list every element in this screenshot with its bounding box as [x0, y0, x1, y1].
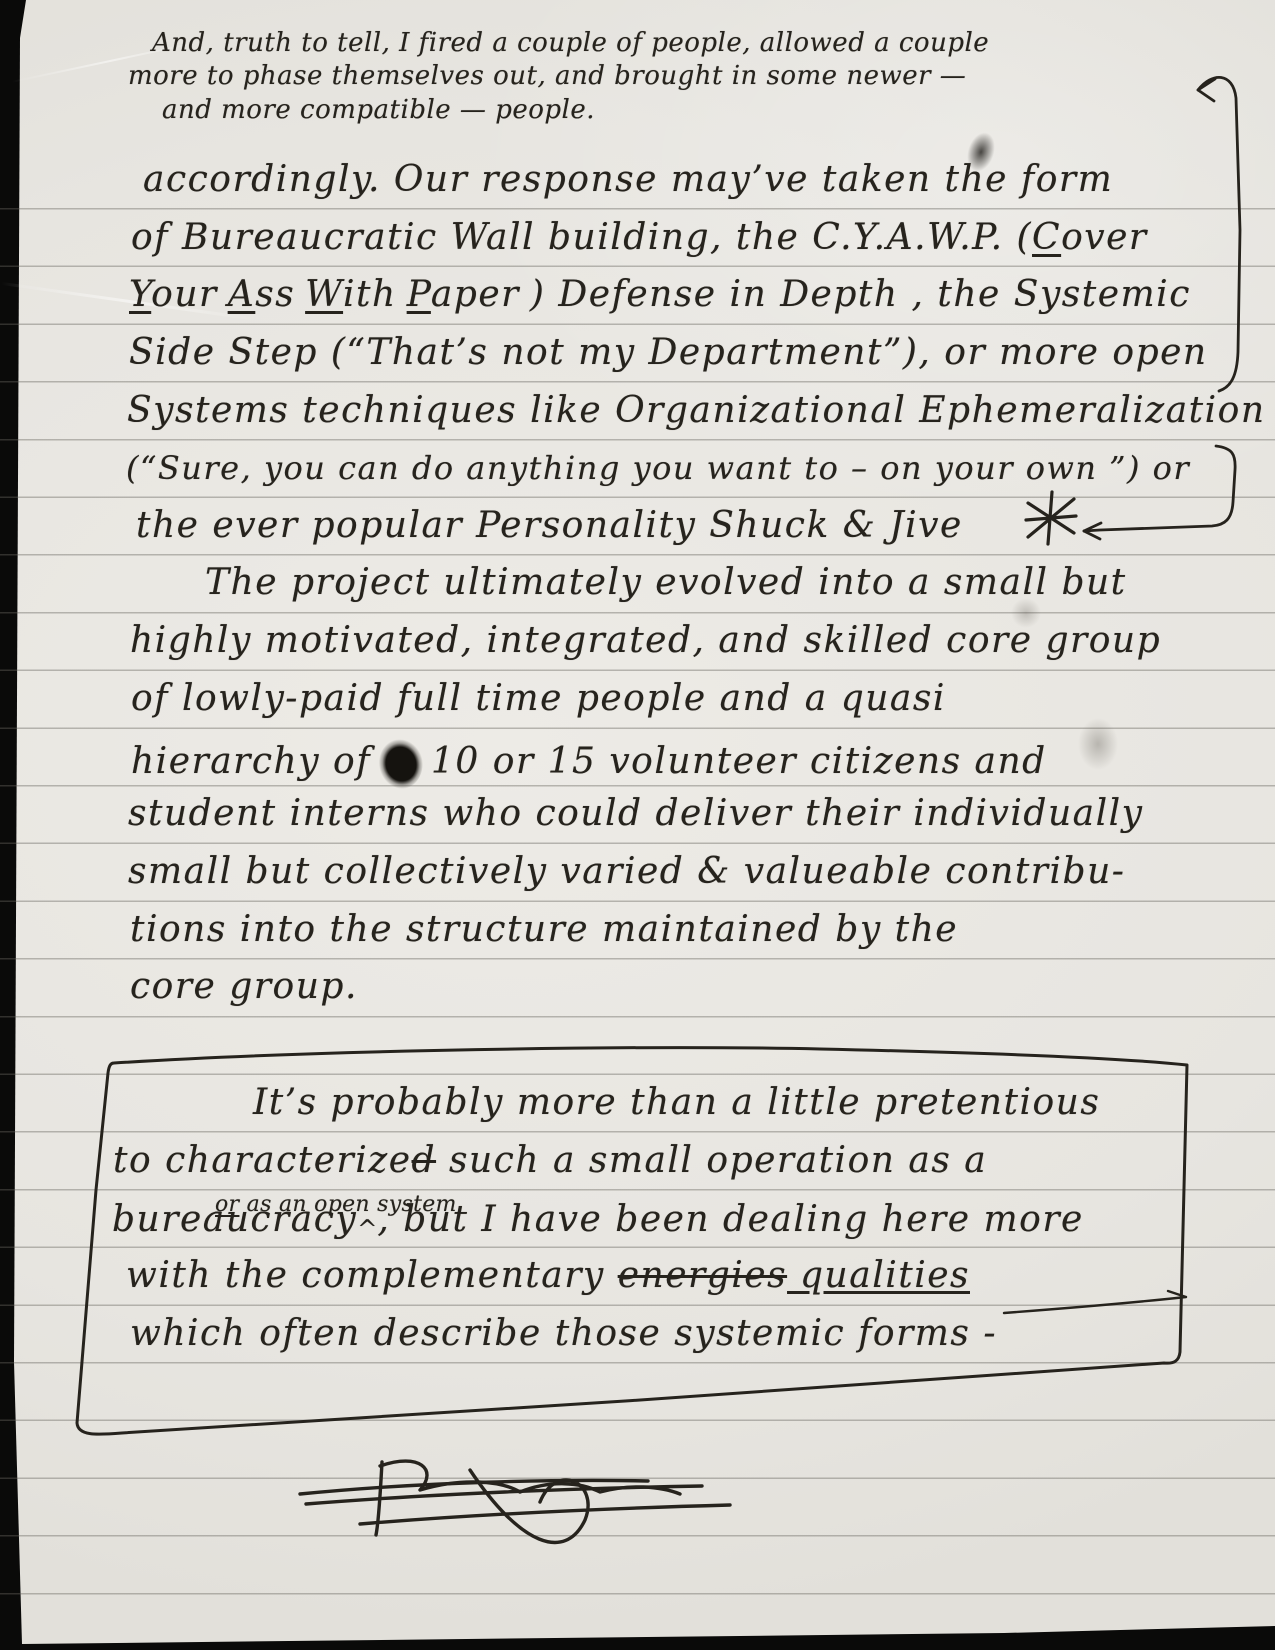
boxed-line: bureaucracy^, but I have been dealing he… [112, 1202, 1084, 1241]
insertion-caret: ^ [357, 1215, 377, 1243]
handwritten-line: Side Step (“That’s not my Department”), … [129, 335, 1208, 371]
boxed-line: which often describe those systemic form… [130, 1316, 997, 1352]
underlined-initial-word: Cover [1032, 220, 1148, 256]
handwritten-line: (“Sure, you can do anything you want to … [126, 452, 1190, 484]
boxed-line: It’s probably more than a little pretent… [253, 1085, 1100, 1121]
line-text: with the complementary [126, 1255, 618, 1296]
line-text: 10 or 15 volunteer citizens and [431, 741, 1047, 782]
line-text: ) Defense in Depth , the Systemic [530, 274, 1191, 315]
underlined-initial-word: With [305, 277, 397, 313]
line-text: , but I have been dealing here more [377, 1199, 1084, 1240]
handwritten-line: student interns who could deliver their … [128, 796, 1143, 832]
handwritten-line: of lowly-paid full time people and a qua… [131, 681, 946, 717]
underlined-initial-word: Your [129, 277, 218, 313]
boxed-line: with the complementary energies qualitie… [126, 1258, 970, 1294]
struck-word: energies [618, 1255, 787, 1296]
handwritten-line: tions into the structure maintained by t… [130, 912, 958, 948]
boxed-line: to characterized such a small operation … [113, 1143, 987, 1179]
handwritten-line: highly motivated, integrated, and skille… [130, 623, 1161, 659]
line-text: such a small operation as a [436, 1140, 987, 1181]
annotation-line: more to phase themselves out, and brough… [128, 63, 966, 89]
handwritten-line: YourAssWithPaper) Defense in Depth , the… [129, 277, 1191, 313]
line-text: to characterize [113, 1140, 412, 1181]
underlined-word: qualities [787, 1255, 970, 1296]
handwritten-line: Systems techniques like Organizational E… [127, 393, 1266, 429]
line-text: bureaucracy [112, 1199, 357, 1240]
line-text: hierarchy of [131, 741, 371, 782]
handwritten-line: accordingly. Our response may’ve taken t… [143, 162, 1113, 198]
scribbled-out-word [374, 734, 429, 793]
handwritten-line: small but collectively varied & valueabl… [128, 854, 1125, 890]
handwritten-line: hierarchy of10 or 15 volunteer citizens … [131, 739, 1047, 789]
scanned-handwritten-page: And, truth to tell, I fired a couple of … [0, 0, 1275, 1650]
handwritten-line: of Bureaucratic Wall building, the C.Y.A… [131, 220, 1158, 256]
line-text: of Bureaucratic Wall building, the C.Y.A… [131, 217, 1032, 258]
struck-letter: d [412, 1140, 437, 1181]
underlined-initial-word: Paper [407, 277, 520, 313]
handwritten-line: the ever popular Personality Shuck & Jiv… [136, 508, 963, 544]
handwritten-line: The project ultimately evolved into a sm… [205, 565, 1127, 601]
underlined-initial-word: Ass [228, 277, 295, 313]
handwritten-line: core group. [130, 969, 358, 1005]
annotation-line: And, truth to tell, I fired a couple of … [152, 30, 989, 56]
annotation-line: and more compatible — people. [162, 97, 595, 123]
